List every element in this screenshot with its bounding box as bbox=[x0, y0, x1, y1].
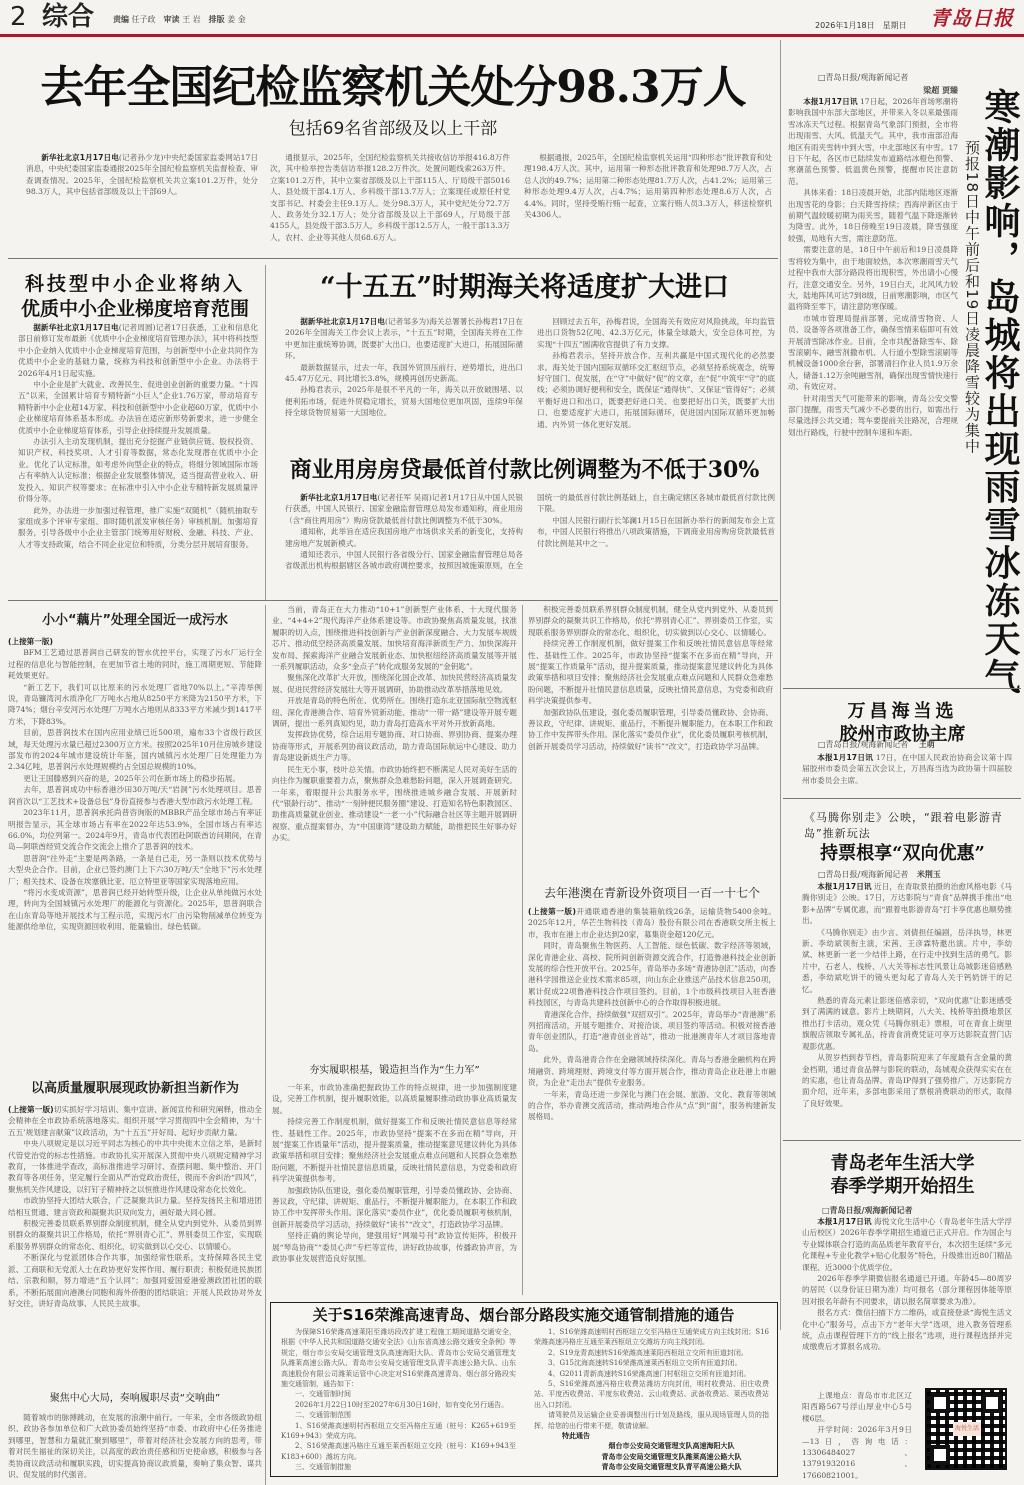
continued-label: (上接第一版) bbox=[8, 1105, 54, 1114]
paragraph: 更让王国滕感到兴奋的是，2025年公司在新市场上的稳步拓展。 bbox=[8, 773, 262, 784]
paragraph: 市政协坚持大团结大联合，广泛凝聚共识力量。坚持发扬民主和增进团结相互贯通、建言资… bbox=[8, 1195, 262, 1218]
paragraph: 积极完善委员联系界别群众制度机制，健全从党内到党外、从委员到界别群众的凝聚共识工… bbox=[528, 604, 773, 638]
wan-body: 本报1月17日讯 17日，在中国人民政治协商会议第十四届胶州市委员会第五次会议上… bbox=[802, 752, 1012, 788]
paragraph: 中国人民银行副行长邹澜1月15日在国新办举行的新闻发布会上宣布，中国人民银行将推… bbox=[537, 515, 775, 549]
masthead: 2 综合 责编 任子政 审读 王 岩 排版 姜 金 2026年1月18日 星期日… bbox=[0, 0, 1024, 37]
issue-date: 2026年1月18日 星期日 bbox=[815, 20, 907, 31]
paragraph: 市城市管理局提前部署，完成清雪物资、人员、设备等各项准备工作，确保雪情来临即可有… bbox=[788, 313, 958, 393]
paragraph: BFM工艺通过思普润自己研发的智水优控平台，实现了污水厂运行全过程的信息化与智能… bbox=[8, 647, 262, 681]
paragraph: 发挥政协优势，综合运用专题协商、对口协商、界别协商、提案办理协商等形式，开展系列… bbox=[272, 729, 517, 763]
divider bbox=[783, 1140, 1021, 1141]
paragraph: 加强政协队伍建设，强化委员履职管理，引导委员懂政协、会协商、善议政，守纪律、讲规… bbox=[272, 1185, 517, 1231]
senior-body-bottom: 上课地点：青岛市市北区辽阳西路567号浮山厚业中心5号楼6层。 开学时间：202… bbox=[802, 1390, 912, 1482]
byline-names: 米荆玉 bbox=[917, 869, 941, 879]
paragraph: 1、S16荣潍高速明村西枢纽立交至冯格庄互通荣成方向主线封闭；S16荣潍高速冯格… bbox=[534, 1327, 769, 1348]
headline-line: 优质中小企业梯度培育范围 bbox=[10, 297, 260, 322]
column-divider bbox=[265, 605, 266, 1485]
paragraph: 2026年1月22日10时至2027年6月30日16时，如有变化另行通告。 bbox=[281, 1400, 516, 1410]
byline-org: □青岛日报/观海新闻记者 bbox=[818, 72, 958, 84]
reporter: (记者周圆) bbox=[119, 323, 156, 332]
paragraph: 青港深化合作，持续做强“双招双引”。2025年，青岛举办“青港澳”系列招商活动，… bbox=[528, 1009, 776, 1055]
customs-headline: “十五五”时期海关将适度扩大进口 bbox=[272, 270, 777, 306]
paragraph: 思普润“往外走”主要是两条路，一条是自己走，另一条则以技术优势与大型央企合作。目… bbox=[8, 853, 262, 887]
headline-line: 科技型中小企业将纳入 bbox=[10, 272, 260, 297]
paragraph: 一年来，市政协准确把握政协工作的特点规律，进一步加强制度建设，完善工作机制，提升… bbox=[272, 1082, 517, 1116]
cppcc-body-col2: 当前，青岛正在大力推动“10+1”创新型产业体系、十大现代服务业、“4+4+2”… bbox=[272, 604, 517, 1004]
paragraph: 请驾驶员及运输企业妥善调整出行计划及路线，服从现场管理人员的指挥，给您的出行带来… bbox=[534, 1410, 769, 1431]
paragraph: 三、交通管制措施 bbox=[281, 1462, 516, 1472]
paragraph: 办法引入主动发现机制，提出充分挖掘产业链供应链、股权投资、知识产权、科技奖项、人… bbox=[18, 436, 258, 504]
byline-names: 王萌 bbox=[919, 739, 935, 749]
paragraph: 4、G2011青新高速转S16荣潍高速门村枢纽立交所有匝道封闭。 bbox=[534, 1369, 769, 1379]
paragraph: 孙梅君表示，2025年是很不平凡的一年，海关以开放破围堵、以便利拓市场，促进外贸… bbox=[285, 384, 523, 418]
paragraph: 《马腾你别走》由少言、刘倩担任编剧，岳洋执导，林更新、李幼斌领衔主演，宋茜、王彦… bbox=[802, 927, 1012, 995]
paragraph: 通知称，此举旨在适应我国房地产市场供求关系的新变化，支持构建房地产发展新模式。 bbox=[285, 526, 523, 549]
paragraph: 一年来，青岛还进一步深化与澳门在会展、旅游、文化、教育等领域的合作，举办青澳交流… bbox=[528, 1089, 776, 1123]
cppcc-headline: 以高质量履职展现政协新担当新作为 bbox=[10, 1080, 260, 1098]
paragraph: 持续完善工作制度机制，做好提案工作和反映社情民意信息等经常性、基础性工作。202… bbox=[528, 638, 773, 706]
paragraph: 2026年春季学期微信报名通道已开通。年龄45—80周岁的居民（以身份证日期为准… bbox=[802, 1273, 1012, 1307]
credits: 责编 任子政 审读 王 岩 排版 姜 金 bbox=[113, 14, 246, 25]
notice-closing: 特此通告 bbox=[534, 1431, 769, 1441]
continued-label: (上接第一版) bbox=[8, 636, 262, 647]
cold-wave-headline: 寒潮影响，岛城将出现雨雪冰冻天气 bbox=[980, 88, 1020, 696]
paragraph: 持续完善工作制度机制，做好提案工作和反映社情民意信息等经常性、基础性工作。202… bbox=[272, 1116, 517, 1184]
byline-names: 梁超 贾臻 bbox=[818, 84, 958, 96]
date-text: 2026年1月18日 bbox=[815, 20, 875, 31]
reporter: (记者孙少龙) bbox=[119, 153, 164, 162]
cppcc-subhead: 夯实履职根基，锻造担当作为“生力军” bbox=[272, 1064, 517, 1078]
paragraph: 1、S16荣潍高速明村西枢纽立交至冯格庄互通（桩号：K265+619至K169+… bbox=[281, 1421, 516, 1442]
dateline: 据新华社北京1月17日电 bbox=[33, 323, 119, 332]
cold-wave-byline: □青岛日报/观海新闻记者 梁超 贾臻 bbox=[818, 72, 958, 96]
newspaper-logo: 青岛日报 bbox=[930, 2, 1014, 31]
paragraph: 二、交通管制范围 bbox=[281, 1410, 516, 1420]
masthead-rule bbox=[0, 34, 1024, 37]
paragraph: 当前，青岛正在大力推动“10+1”创新型产业体系、十大现代服务业、“4+4+2”… bbox=[272, 604, 517, 672]
paragraph: 从贺岁档到春节档，青岛影院迎来了年度最有含金量的黄金档期，通过青食品牌与影院的联… bbox=[802, 1052, 1012, 1109]
credit-role: 责编 bbox=[113, 15, 129, 24]
paragraph: 同时，青岛聚焦生物医药、人工智能、绿色低碳、数字经济等领域，深化青港企业、高校、… bbox=[528, 940, 776, 1008]
notice-body: 为保障S16荣潍高速莱阳至潍坊段改扩建工程施工期间道路交通安全，根据《中华人民共… bbox=[281, 1327, 769, 1475]
paragraph: 加强政协队伍建设，强化委员履职管理，引导委员懂政协、会协商、善议政，守纪律、讲规… bbox=[528, 707, 773, 753]
paragraph: 孙梅君表示，坚持开放合作、互利共赢是中国式现代化的必然要求。海关处于国内国际双循… bbox=[537, 350, 775, 430]
paragraph: 2、S19龙青高速转S16荣潍高速莱阳西枢纽立交所有匝道封闭。 bbox=[534, 1348, 769, 1358]
paragraph: 民生无小事，枝叶总关情。市政协始终把不断满足人民对美好生活的向往作为履职重要着力… bbox=[272, 764, 517, 844]
paragraph: 此外，青岛港青合作在金融领域持续深化。青岛与香港金融机构在跨境融资、跨境理财、跨… bbox=[528, 1054, 776, 1088]
dateline: 本报1月17日讯 bbox=[817, 753, 873, 762]
traffic-notice: 关于S16荣潍高速青岛、烟台部分路段实施交通管制措施的通告 为保障S16荣潍高速… bbox=[270, 1302, 778, 1477]
paragraph: 针对雨雪天气可能带来的影响，青岛公安交警部门提醒，雨雪天气减少不必要的出行，如需… bbox=[788, 393, 958, 439]
movie-byline: □青岛日报/观海新闻记者 米荆玉 bbox=[818, 868, 1018, 881]
headline-line: 青岛老年生活大学 bbox=[790, 1152, 1015, 1175]
column-divider bbox=[522, 605, 523, 1295]
senior-headline: 青岛老年生活大学 春季学期开始招生 bbox=[790, 1152, 1015, 1198]
sme-headline: 科技型中小企业将纳入 优质中小企业梯度培育范围 bbox=[10, 272, 260, 322]
paragraph: 需要注意的是，18日中午前后和19日凌晨降雪将较为集中，由于地面较热，本次寒潮雨… bbox=[788, 244, 958, 312]
column-divider bbox=[265, 265, 266, 600]
qr-finder-icon bbox=[930, 1393, 950, 1413]
notice-headline: 关于S16荣潍高速青岛、烟台部分路段实施交通管制措施的通告 bbox=[271, 1305, 776, 1325]
paragraph: 为保障S16荣潍高速莱阳至潍坊段改扩建工程施工期间道路交通安全，根据《中华人民共… bbox=[281, 1327, 516, 1389]
paragraph: 上课地点：青岛市市北区辽阳西路567号浮山厚业中心5号楼6层。 bbox=[802, 1390, 912, 1424]
paragraph: 坚持正确的舆论导向，建强用好“网端号刊”政协宣传矩阵，积极开展“琴岛协商”“委员… bbox=[272, 1230, 517, 1264]
credit-name: 姜 金 bbox=[227, 15, 246, 24]
lotus-body: (上接第一版) BFM工艺通过思普润自己研发的智水优控平台，实现了污水厂运行全过… bbox=[8, 636, 262, 1068]
cppcc-body-col2b: 一年来，市政协准确把握政协工作的特点规律，进一步加强制度建设，完善工作机制，提升… bbox=[272, 1082, 517, 1298]
wan-byline: □青岛日报/观海新闻记者 王萌 bbox=[818, 738, 1018, 751]
cold-wave-subheadline: 预报18日中午前后和19日凌晨降雪较为集中 bbox=[960, 140, 982, 454]
weekday-text: 星期日 bbox=[883, 20, 907, 31]
dateline: 新华社北京1月17日电 bbox=[41, 153, 119, 162]
dateline: 本报1月17日讯 bbox=[817, 882, 871, 891]
paragraph: 3、G15沈海高速转S16荣潍高速莱西枢纽立交所有匝道封闭。 bbox=[534, 1358, 769, 1368]
paragraph: 积极完善委员联系界别群众制度机制，健全从党内到党外、从委员到界别群众的凝聚共识工… bbox=[8, 1218, 262, 1252]
paragraph: “将污水变成资源”，思普润已经开始转型升级，让企业从单纯做污水处理，转向为全国城… bbox=[8, 887, 262, 933]
signatory: 青岛市公安局交通管理支队潍莱高速公路大队 bbox=[574, 1452, 769, 1462]
paragraph: 17日起，2026年首场寒潮将影响我国中东部大部地区，并带来入冬以来最强雨雪冰冻… bbox=[788, 97, 958, 186]
cppcc-subhead: 聚焦中心大局，奏响履职尽责“交响曲” bbox=[10, 1392, 260, 1406]
cppcc-body-col1b: 随着城市的脉搏跳动，在发展的浪潮中前行。一年来，全市各级政协组织、政协各参加单位… bbox=[8, 1412, 262, 1482]
movie-headline: 持票根享“双向优惠” bbox=[790, 842, 1015, 866]
cppcc-body-col1: (上接第一版)切实抓好学习培训、集中宣讲、新闻宣传和研究阐释，推动全会精神在全市… bbox=[8, 1104, 262, 1330]
lead-body-col2: 通报显示，2025年，全国纪检监察机关共接收信访举报416.8万件次，其中检举控… bbox=[270, 152, 510, 252]
reporter: (记者任军 吴雨) bbox=[377, 493, 431, 502]
hk-body: (上接第一版)开通联通香港的集装箱航线26条，运输货物5400余吨。2025年1… bbox=[528, 906, 776, 1296]
headline-line: 万昌海当选 bbox=[790, 700, 1015, 723]
credit-name: 王 岩 bbox=[182, 15, 201, 24]
signatory: 青岛市公安局交通管理支队青平高速公路大队 bbox=[574, 1462, 769, 1472]
dateline: 本报1月17日讯 bbox=[817, 1217, 871, 1226]
divider bbox=[783, 688, 1021, 689]
paragraph: 5、S16荣潍高速冯格庄收费站潍坊方向封闭，明村收费站、田庄收费站、平度西收费站… bbox=[534, 1379, 769, 1410]
sme-body: 据新华社北京1月17日电(记者周圆)记者17日获悉，工业和信息化部日前修订发布最… bbox=[18, 322, 258, 597]
column-divider bbox=[780, 40, 781, 1330]
cppcc-body-col3: 积极完善委员联系界别群众制度机制，健全从党内到党外、从委员到界别群众的凝聚共识工… bbox=[528, 604, 773, 874]
divider bbox=[8, 600, 778, 601]
paragraph: 去年，思普润成功中标香港沙田30万吨/天“岩洞”污水处理项目。思普润首次以“工艺… bbox=[8, 784, 262, 807]
paragraph: 此外，办法进一步加强过程管理，推广实施“双随机”（随机抽取专家组成多个评审专家组… bbox=[18, 505, 258, 551]
paragraph: 根据通报，2025年，全国纪检监察机关运用“四种形态”批评教育和处理198.4万… bbox=[524, 152, 772, 220]
paragraph: 不断深化与党派团体合作共事，加强经常性联系，支持保障各民主党派、工商联和无党派人… bbox=[8, 1252, 262, 1309]
paragraph: 聚焦深化改革扩大开放，围绕深化国企改革、加快民营经济高质量发展、促进民营经济发展… bbox=[272, 672, 517, 695]
paragraph: 熟悉的青岛元素让影迷倍感亲切，“双向优惠”让影迷感受到了满满的诚意。影片上映期间… bbox=[802, 995, 1012, 1052]
lotus-headline: 小小“藕片”处理全国近一成污水 bbox=[10, 612, 260, 630]
lead-subheadline: 包括69名省部级及以上干部 bbox=[8, 118, 778, 140]
paragraph: 2、S16荣潍高速冯格庄互通至莱西枢纽立交段（桩号：K169+943至K183+… bbox=[281, 1441, 516, 1462]
paragraph: 随着城市的脉搏跳动，在发展的浪潮中前行。一年来，全市各级政协组织、政协各参加单位… bbox=[8, 1412, 262, 1480]
housing-headline: 商业用房房贷最低首付款比例调整为不低于30% bbox=[272, 455, 777, 485]
paragraph: 回顾过去五年，孙梅君说，全国海关有效应对风险挑战，年均监管进出口货物52亿吨、4… bbox=[537, 316, 775, 350]
credit-role: 审读 bbox=[164, 15, 180, 24]
paragraph: 最新数据显示，过去一年，我国外贸顶压前行、逆势增长，进出口45.47万亿元、同比… bbox=[285, 362, 523, 385]
divider bbox=[8, 258, 778, 259]
movie-kicker: 《马腾你别走》公映，“跟着电影游青岛”推新玩法 bbox=[804, 810, 1016, 842]
paragraph: 中小企业是扩大就业、改善民生、促进创业创新的重要力量。“十四五”以来，全国累计培… bbox=[18, 379, 258, 436]
paragraph: 开学时间：2026年3月9日—13日，咨询电话：13306484027、1379… bbox=[802, 1424, 912, 1481]
qr-finder-icon bbox=[930, 1445, 950, 1465]
hk-headline: 去年港澳在青新设外资项目一百一十七个 bbox=[528, 884, 776, 902]
credit-role: 排版 bbox=[209, 15, 225, 24]
paragraph: 报名方式：微信扫描下方二维码，或直接登录“海悦生活文化中心”服务号，点击下方“老… bbox=[802, 1307, 1012, 1353]
paragraph: 目前，思普润技术在国内应用业绩已近500项，遍布33个省级行政区域，每天处理污水… bbox=[8, 727, 262, 773]
paragraph: 一、交通管制时间 bbox=[281, 1389, 516, 1399]
senior-body: 本报1月17日讯 海悦文化生活中心（青岛老年生活大学浮山后校区）2026年春季学… bbox=[802, 1216, 1012, 1380]
lead-body-col3: 根据通报，2025年，全国纪检监察机关运用“四种形态”批评教育和处理198.4万… bbox=[524, 152, 772, 252]
paragraph: 2023年11月，思普润承托尚普咨询版的MBBR产品全球市场占有率证明报告显示，… bbox=[8, 807, 262, 853]
qr-finder-icon bbox=[982, 1393, 1002, 1413]
paragraph: 中央八项规定是以习近平同志为核心的中共中央徙木立信之举，是新时代管党治党的标志性… bbox=[8, 1138, 262, 1195]
lead-body-col1: 新华社北京1月17日电(记者孙少龙)中央纪委国家监委网站17日消息，中央纪委国家… bbox=[26, 152, 258, 252]
qr-center-logo: 海悦生活 bbox=[953, 1422, 981, 1436]
customs-body: 据新华社北京1月17日电(记者邹多为)海关总署署长孙梅君17日在2026年全国海… bbox=[285, 316, 775, 446]
continued-label: (上接第一版) bbox=[528, 907, 576, 916]
divider bbox=[783, 798, 1021, 799]
paragraph: 开放是青岛的特色所在、优势所在。围绕打造东北亚国际航空物流枢纽、深化青港澳合作、… bbox=[272, 695, 517, 729]
senior-byline: □青岛日报/观海新闻记者 bbox=[822, 1204, 1012, 1216]
page-number: 2 bbox=[10, 2, 27, 32]
dateline: 本报1月17日讯 bbox=[803, 97, 857, 106]
paragraph: 具体来看：18日凌晨开始，北部内陆地区逐渐出现雪花的身影；白天降雪持续；西海岸新… bbox=[788, 187, 958, 244]
byline-org: □青岛日报/观海新闻记者 bbox=[818, 870, 908, 879]
signatory: 烟台市公安局交通管理支队高速海阳大队 bbox=[574, 1441, 769, 1451]
headline-line: 春季学期开始招生 bbox=[790, 1175, 1015, 1198]
dateline: 新华社北京1月17日电 bbox=[300, 493, 377, 502]
movie-body: 本报1月17日讯 近日，在青取景拍摄的治愈风格电影《马腾你别走》公映。17日，万… bbox=[802, 881, 1012, 1121]
cold-wave-body: 本报1月17日讯 17日起，2026年首场寒潮将影响我国中东部大部地区，并带来入… bbox=[788, 96, 958, 681]
reporter: (记者邹多为) bbox=[385, 317, 429, 326]
section-name: 综合 bbox=[42, 2, 94, 32]
qr-code[interactable]: 海悦生活 bbox=[925, 1388, 1007, 1470]
dateline: 据新华社北京1月17日电 bbox=[300, 317, 385, 326]
lead-headline: 去年全国纪检监察机关处分98.3万人 bbox=[8, 62, 778, 114]
paragraph: 通报显示，2025年，全国纪检监察机关共接收信访举报416.8万件次，其中检举控… bbox=[270, 152, 510, 243]
housing-body: 新华社北京1月17日电(记者任军 吴雨)记者1月17日从中国人民银行获悉，中国人… bbox=[285, 492, 775, 592]
credit-name: 任子政 bbox=[132, 15, 156, 24]
byline-org: □青岛日报/观海新闻记者 bbox=[818, 740, 908, 749]
paragraph: “新工艺下，我们可以比原来的污水处理厂省地70%以上。”辛涛举例说，青岛镰湾河水… bbox=[8, 682, 262, 728]
